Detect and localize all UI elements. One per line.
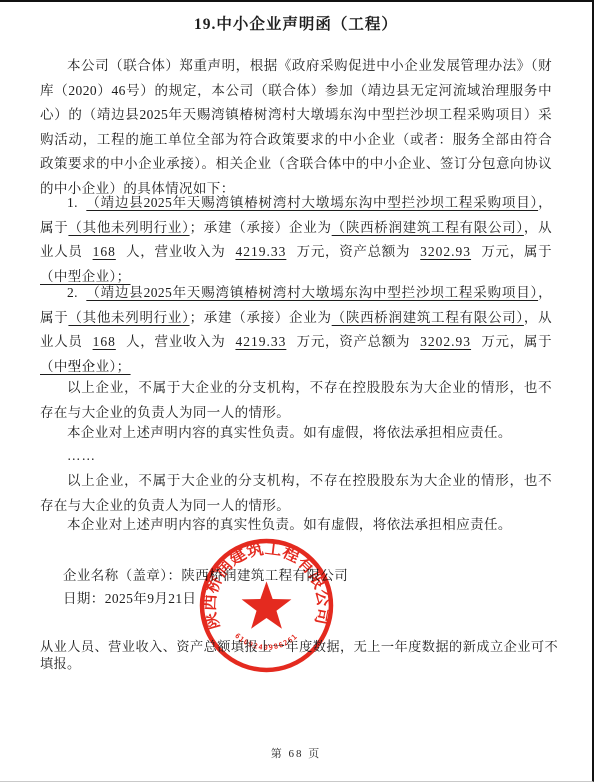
item-text: 万元，属于 <box>481 244 552 259</box>
company-name-label: 企业名称（盖章）： <box>63 568 181 583</box>
assets-value: 3202.93 <box>410 244 481 259</box>
footnote: 从业人员、营业收入、资产总额填报上一年度数据，无上一年度数据的新成立企业可不填报… <box>40 639 558 672</box>
branch-statement-repeat: 以上企业，不属于大企业的分支机构，不存在控股股东为大企业的情形，也不存在与大企业… <box>40 469 552 518</box>
branch-statement: 以上企业，不属于大企业的分支机构，不存在控股股东为大企业的情形，也不存在与大企业… <box>40 376 552 425</box>
item-text: 人，营业收入为 <box>126 244 226 259</box>
item-number: 2. <box>67 285 78 300</box>
assets-value: 3202.93 <box>410 334 481 349</box>
item-text: 万元，资产总额为 <box>296 244 410 259</box>
industry-underlined: （其他未列明行业） <box>68 310 189 325</box>
document-page: 19.中小企业声明函（工程） 本公司（联合体）郑重声明，根据《政府采购促进中小企… <box>0 0 594 782</box>
project-name-underlined: （靖边县2025年天赐湾镇椿树湾村大墩墕东沟中型拦沙坝工程采购项目） <box>86 285 538 300</box>
industry-underlined: （其他未列明行业） <box>68 220 189 235</box>
responsibility-statement-repeat: 本企业对上述声明内容的真实性负责。如有虚假，将依法承担相应责任。 <box>40 513 552 538</box>
company-name-line: 企业名称（盖章）：陕西桥润建筑工程有限公司 <box>63 565 348 588</box>
date-line: 日期：2025年9月21日 <box>63 588 348 611</box>
revenue-value: 4219.33 <box>225 244 296 259</box>
page-number: 第 68 页 <box>0 745 592 761</box>
date-value: 2025年9月21日 <box>105 591 197 606</box>
contractor-underlined: （陕西桥润建筑工程有限公司） <box>332 220 524 235</box>
company-name-value: 陕西桥润建筑工程有限公司 <box>181 568 348 583</box>
project-name-underlined: （靖边县2025年天赐湾镇椿树湾村大墩墕东沟中型拦沙坝工程采购项目） <box>86 195 538 210</box>
contractor-underlined: （陕西桥润建筑工程有限公司） <box>332 310 524 325</box>
declaration-paragraph: 本公司（联合体）郑重声明，根据《政府采购促进中小企业发展管理办法》（财库（202… <box>40 54 552 202</box>
item-text: 万元，资产总额为 <box>296 334 410 349</box>
ellipsis-line: …… <box>40 350 552 375</box>
item-text: 万元，属于 <box>481 334 552 349</box>
ellipsis-line: …… <box>40 444 552 469</box>
item-text: 人，营业收入为 <box>126 334 226 349</box>
sme-item-1: 1. （靖边县2025年天赐湾镇椿树湾村大墩墕东沟中型拦沙坝工程采购项目），属于… <box>40 191 552 289</box>
date-label: 日期： <box>63 591 105 606</box>
item-number: 1. <box>67 195 78 210</box>
staff-count: 168 <box>83 334 126 349</box>
responsibility-statement: 本企业对上述声明内容的真实性负责。如有虚假，将依法承担相应责任。 <box>40 421 552 446</box>
signature-block: 企业名称（盖章）：陕西桥润建筑工程有限公司 日期：2025年9月21日 <box>63 565 348 610</box>
page-title: 19.中小企业声明函（工程） <box>0 12 592 34</box>
staff-count: 168 <box>83 244 126 259</box>
item-text: ；承建（承接）企业为 <box>190 310 332 325</box>
revenue-value: 4219.33 <box>225 334 296 349</box>
item-text: ；承建（承接）企业为 <box>190 220 332 235</box>
